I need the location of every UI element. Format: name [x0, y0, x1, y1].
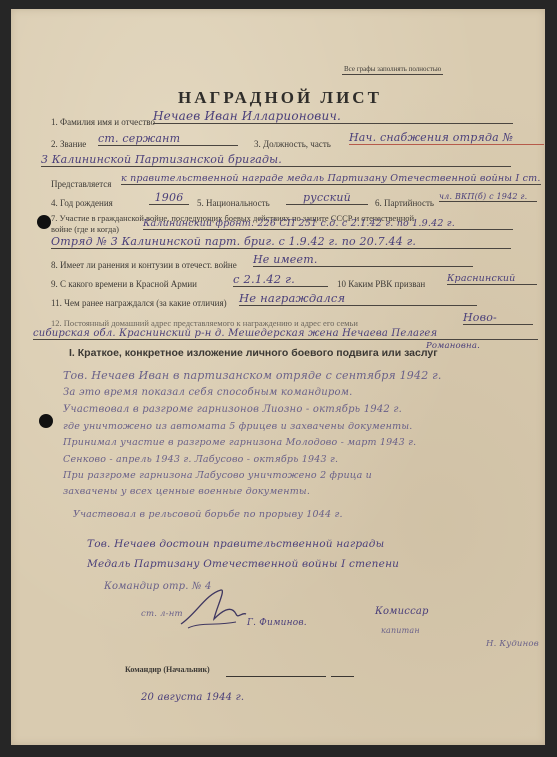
document-title: НАГРАДНОЙ ЛИСТ	[178, 88, 382, 108]
field-6-value: чл. ВКП(б) с 1942 г.	[439, 192, 537, 202]
punch-hole	[39, 414, 53, 428]
footer-date: 20 августа 1944 г.	[141, 692, 244, 703]
field-12-label: 12. Постоянный домашний адрес представля…	[51, 318, 358, 328]
represented-label: Представляется	[51, 179, 111, 189]
field-4-label: 4. Год рождения	[51, 198, 113, 208]
field-8-label: 8. Имеет ли ранения и контузии в отечест…	[51, 260, 237, 270]
field-3-label: 3. Должность, часть	[254, 139, 331, 149]
narrative-line: Сенково - апрель 1943 г. Лабусово - октя…	[63, 454, 338, 465]
field-11-label: 11. Чем ранее награждался (за какие отли…	[51, 298, 227, 308]
narrative-line: При разгроме гарнизона Лабусово уничтоже…	[63, 470, 372, 481]
field-1-label: 1. Фамилия имя и отчество	[51, 117, 155, 127]
commander-signature	[176, 584, 251, 634]
commander-name: Г. Фиминов.	[247, 618, 307, 628]
field-5-value: русский	[286, 191, 368, 205]
recommendation-line: Медаль Партизану Отечественной войны I с…	[87, 558, 399, 570]
field-7-value-line2: Отряд № 3 Калининской парт. бриг. с 1.9.…	[51, 235, 511, 249]
footer-commander-label: Командир (Начальник)	[125, 665, 210, 674]
field-5-label: 5. Национальность	[197, 198, 270, 208]
field-10-label: 10 Каким РВК призван	[337, 279, 425, 289]
header-note: Все графы заполнять полностью	[342, 65, 443, 75]
commander-rank: ст. л-нт	[141, 609, 183, 619]
footer-signature-line	[226, 676, 326, 677]
field-7-label-line2: войне (где и когда)	[51, 224, 119, 234]
award-sheet-page: Все графы заполнять полностью НАГРАДНОЙ …	[11, 9, 545, 745]
narrative-line: За это время показал себя способным кома…	[63, 387, 353, 398]
recommendation-line: Тов. Нечаев достоин правительственной на…	[87, 538, 384, 550]
field-12-value-line1: Ново-	[463, 311, 533, 325]
field-1-value: Нечаев Иван Илларионович.	[153, 109, 513, 124]
field-8-value: Не имеет.	[253, 253, 473, 267]
narrative-line: захвачены у всех ценные военные документ…	[63, 486, 310, 497]
field-4-value: 1906	[149, 191, 189, 205]
field-2-value: ст. сержант	[98, 132, 238, 146]
narrative-line: Принимал участие в разгроме гарнизона Мо…	[63, 437, 416, 448]
narrative-line: Участвовал в разгроме гарнизонов Лиозно …	[63, 404, 402, 415]
commissar-rank: капитан	[381, 626, 420, 635]
narrative-line: Тов. Нечаев Иван в партизанском отряде с…	[63, 369, 442, 382]
field-9-label: 9. С какого времени в Красной Армии	[51, 279, 197, 289]
field-2-label: 2. Звание	[51, 139, 86, 149]
commissar-title: Комиссар	[375, 606, 429, 617]
field-7-value-line1: Калининский фронт. 226 СП 251 с.д. с 2.1…	[143, 218, 513, 230]
field-12-value-line2: сибирская обл. Краснинский р-н д. Мешеде…	[33, 328, 538, 340]
field-3-value-cont: 3 Калининской Партизанской бригады.	[41, 153, 511, 167]
field-11-value: Не награждался	[239, 291, 477, 306]
narrative-line: Участвовал в рельсовой борьбе по прорыву…	[73, 509, 343, 520]
field-10-value: Краснинский	[447, 273, 537, 285]
represented-value: к правительственной награде медаль Парти…	[121, 173, 541, 185]
field-3-value: Нач. снабжения отряда №	[349, 131, 544, 145]
section-heading: I. Краткое, конкретное изложение личного…	[69, 347, 438, 359]
footer-signature-line-short	[331, 676, 354, 677]
punch-hole	[37, 215, 51, 229]
field-6-label: 6. Партийность	[375, 198, 434, 208]
narrative-line: где уничтожено из автомата 5 фрицев и за…	[63, 421, 413, 432]
field-9-value: с 2.1.42 г.	[233, 272, 328, 287]
third-signature-name: Н. Кудинов	[486, 639, 539, 649]
